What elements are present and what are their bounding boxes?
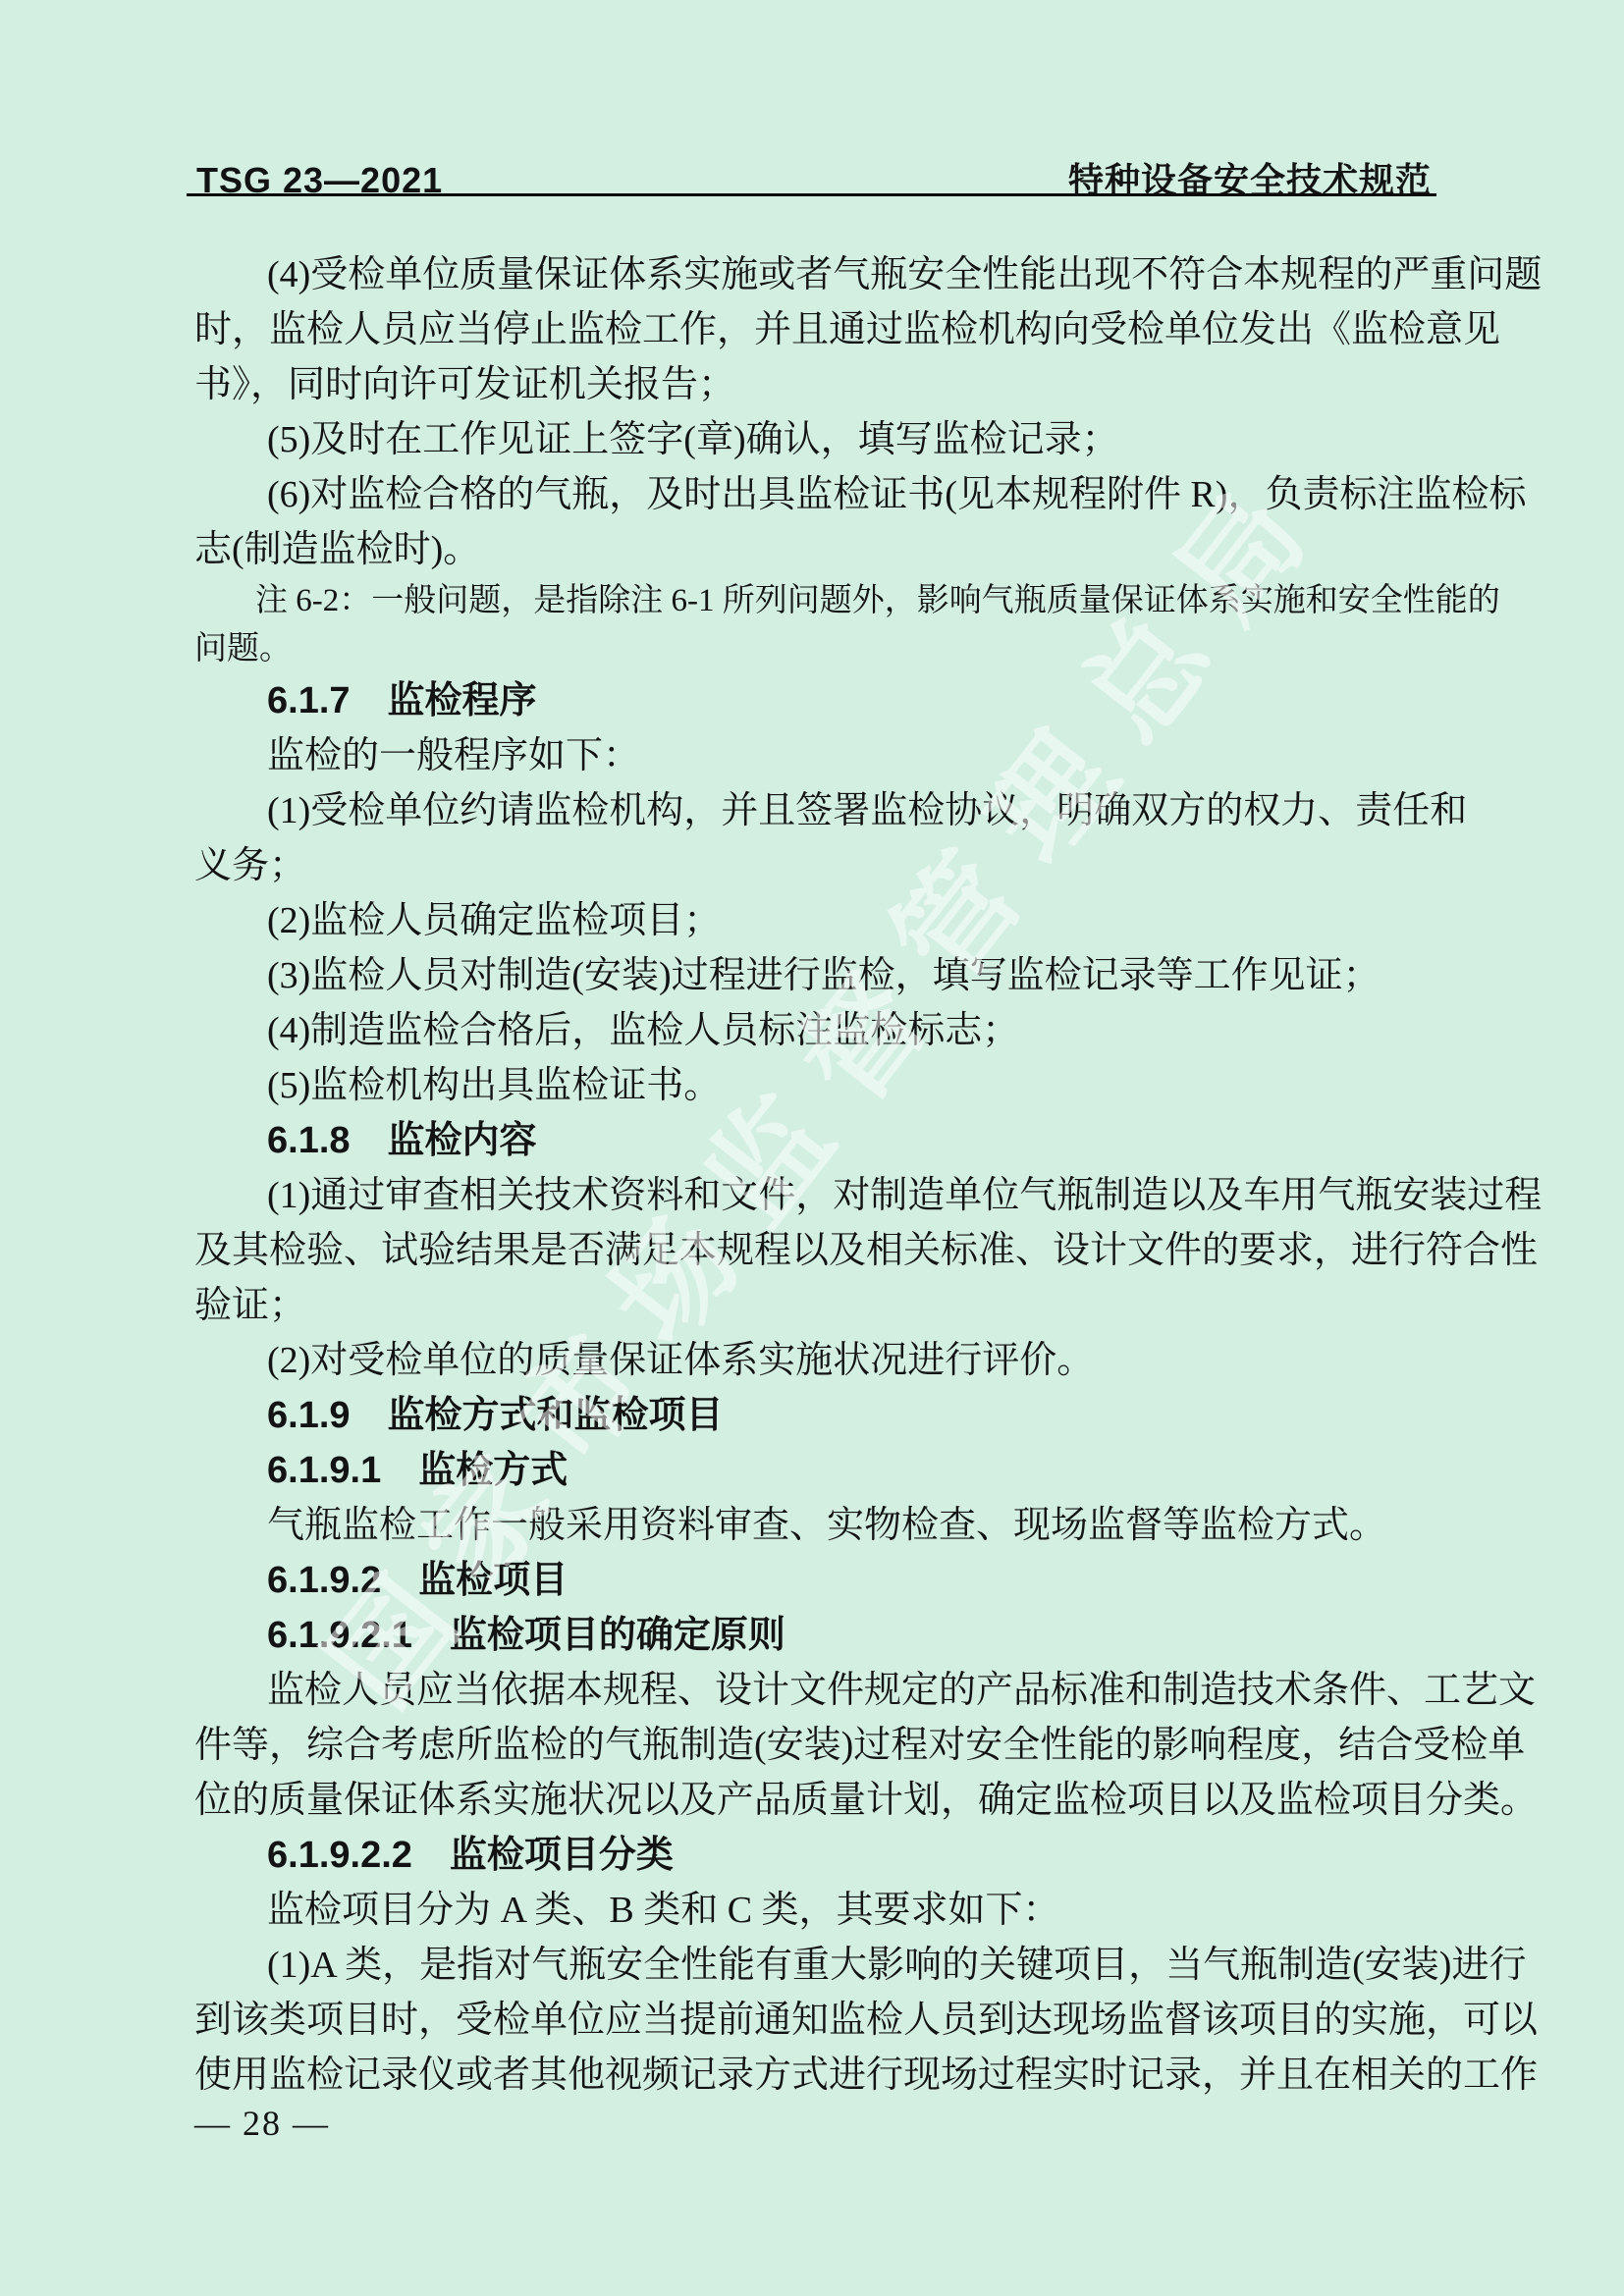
text-line: (6)对监检合格的气瓶，及时出具监检证书(见本规程附件 R)，负责标注监检标 [194, 467, 1430, 522]
document-body: (4)受检单位质量保证体系实施或者气瓶安全性能出现不符合本规程的严重问题 时，监… [194, 247, 1430, 2103]
section-heading: 6.1.9.2.2 监检项目分类 [194, 1828, 1430, 1883]
text-line: (3)监检人员对制造(安装)过程进行监检，填写监检记录等工作见证； [194, 948, 1430, 1003]
page-number: — 28 — [194, 2104, 330, 2143]
text-line: (1)受检单位约请监检机构，并且签署监检协议，明确双方的权力、责任和 [194, 783, 1430, 838]
text-line: (5)及时在工作见证上签字(章)确认，填写监检记录； [194, 412, 1430, 467]
text-line: (5)监检机构出具监检证书。 [194, 1058, 1430, 1113]
text-line: (1)A 类，是指对气瓶安全性能有重大影响的关键项目，当气瓶制造(安装)进行 [194, 1938, 1430, 1993]
text-line: 问题。 [194, 625, 1430, 673]
section-heading: 6.1.9.1 监检方式 [194, 1443, 1430, 1498]
text-line: 监检的一般程序如下： [194, 728, 1430, 783]
document-page: TSG 23—2021 特种设备安全技术规范 (4)受检单位质量保证体系实施或者… [0, 0, 1624, 2296]
section-heading: 6.1.8 监检内容 [194, 1113, 1430, 1168]
page-footer: — 28 — [194, 2103, 330, 2144]
text-line: 及其检验、试验结果是否满足本规程以及相关标准、设计文件的要求，进行符合性 [194, 1223, 1430, 1278]
text-line: (4)受检单位质量保证体系实施或者气瓶安全性能出现不符合本规程的严重问题 [194, 247, 1430, 302]
text-line: 义务； [194, 838, 1430, 893]
text-line: 位的质量保证体系实施状况以及产品质量计划，确定监检项目以及监检项目分类。 [194, 1773, 1430, 1828]
text-line: (1)通过审查相关技术资料和文件，对制造单位气瓶制造以及车用气瓶安装过程 [194, 1168, 1430, 1223]
section-heading: 6.1.7 监检程序 [194, 673, 1430, 728]
section-heading: 6.1.9.2.1 监检项目的确定原则 [194, 1608, 1430, 1663]
text-line: 监检人员应当依据本规程、设计文件规定的产品标准和制造技术条件、工艺文 [194, 1663, 1430, 1718]
text-line: 件等，综合考虑所监检的气瓶制造(安装)过程对安全性能的影响程度，结合受检单 [194, 1718, 1430, 1773]
text-line: 注 6-2：一般问题，是指除注 6-1 所列问题外，影响气瓶质量保证体系实施和安… [194, 577, 1430, 625]
text-line: 时，监检人员应当停止监检工作，并且通过监检机构向受检单位发出《监检意见 [194, 302, 1430, 357]
text-line: 验证； [194, 1278, 1430, 1333]
text-line: (4)制造监检合格后，监检人员标注监检标志； [194, 1003, 1430, 1058]
text-line: 书》，同时向许可发证机关报告； [194, 357, 1430, 412]
text-line: 使用监检记录仪或者其他视频记录方式进行现场过程实时记录，并且在相关的工作 [194, 2048, 1430, 2103]
text-line: (2)对受检单位的质量保证体系实施状况进行评价。 [194, 1333, 1430, 1388]
text-line: 监检项目分为 A 类、B 类和 C 类，其要求如下： [194, 1883, 1430, 1938]
section-heading: 6.1.9 监检方式和监检项目 [194, 1388, 1430, 1443]
text-line: (2)监检人员确定监检项目； [194, 893, 1430, 948]
text-line: 到该类项目时，受检单位应当提前通知监检人员到达现场监督该项目的实施，可以 [194, 1993, 1430, 2048]
text-line: 气瓶监检工作一般采用资料审查、实物检查、现场监督等监检方式。 [194, 1498, 1430, 1553]
header-rule [187, 193, 1436, 196]
text-line: 志(制造监检时)。 [194, 522, 1430, 577]
section-heading: 6.1.9.2 监检项目 [194, 1553, 1430, 1608]
